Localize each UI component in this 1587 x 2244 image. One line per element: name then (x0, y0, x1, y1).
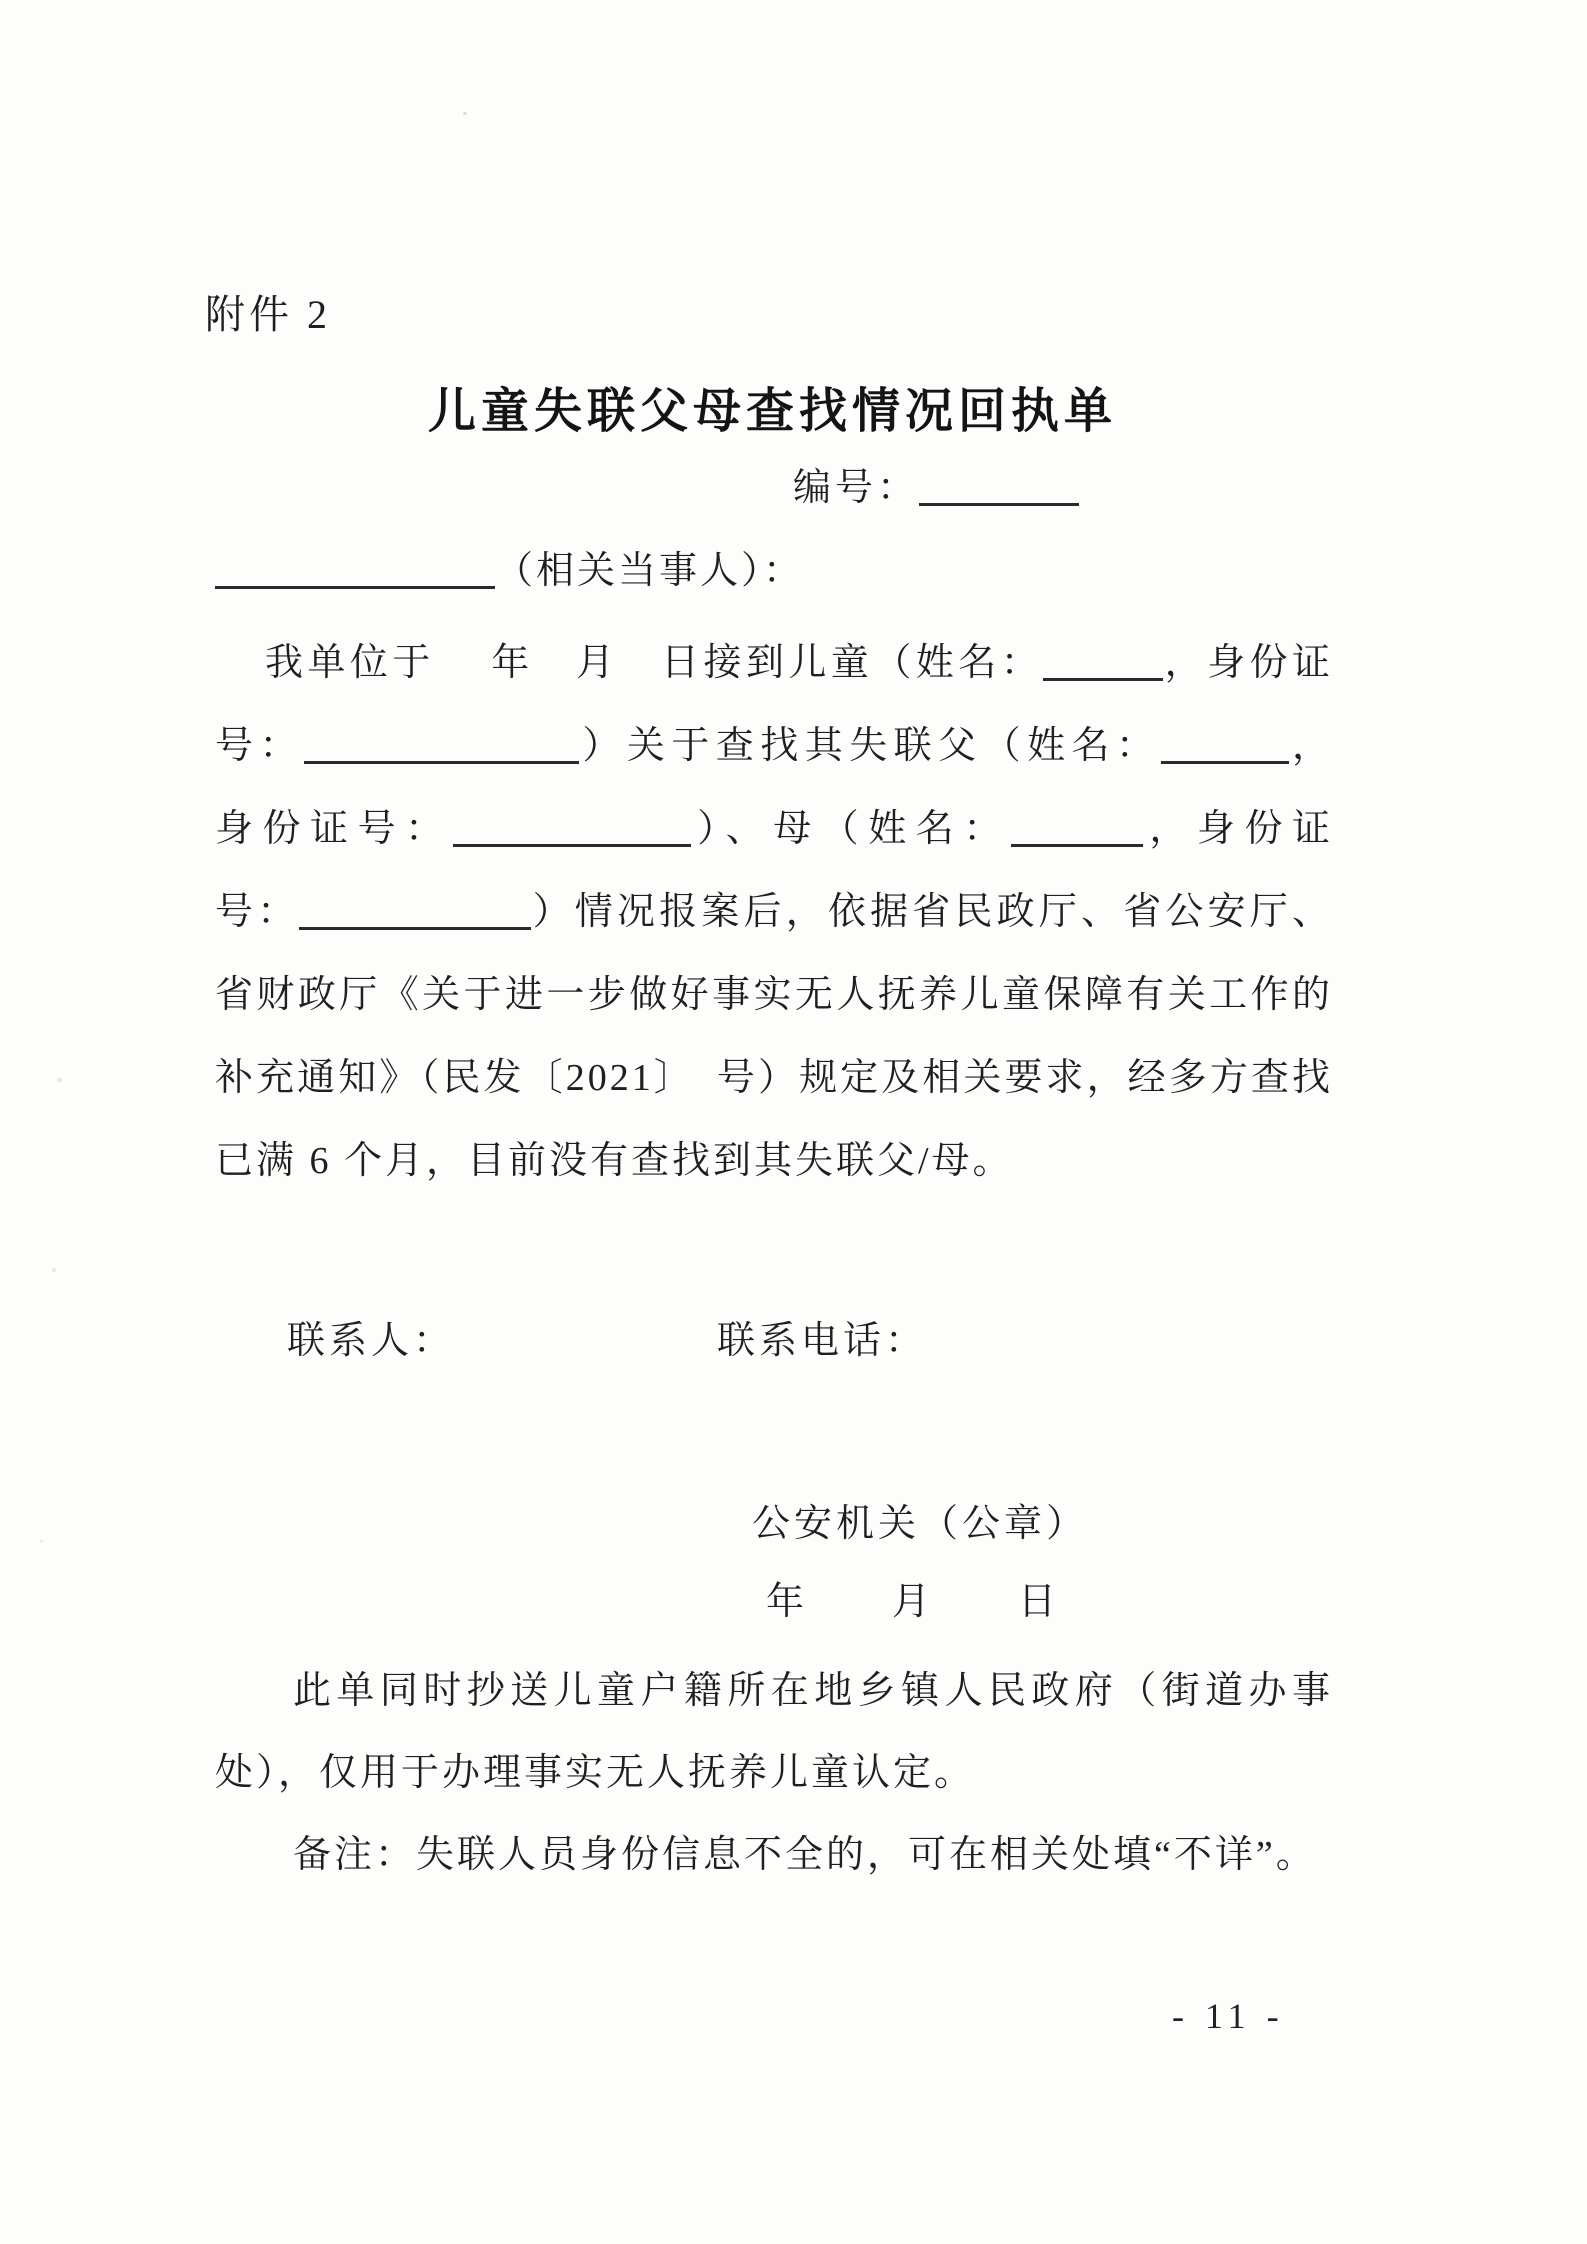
mother-id-blank-field (299, 925, 531, 930)
child-name-blank-field (1043, 676, 1163, 681)
signature-date-line: 年 月 日 (766, 1570, 1060, 1625)
page-number: - 11 - (1172, 1995, 1285, 2037)
paragraph-line-5: 省财政厅《关于进一步做好事实无人抚养儿童保障有关工作的 (215, 954, 1333, 1037)
addressee-suffix: （相关当事人）： (495, 550, 804, 592)
contact-person-label: 联系人： (287, 1300, 455, 1382)
scan-speck (52, 1268, 56, 1272)
mother-name-blank-field (1011, 842, 1143, 847)
paragraph-line-6: 补充通知》（民发〔2021〕 号）规定及相关要求，经多方查找 (215, 1037, 1333, 1120)
father-id-blank-field (453, 842, 691, 847)
contact-phone-label: 联系电话： (717, 1300, 927, 1382)
scanned-document-page: 附件 2 儿童失联父母查找情况回执单 编号： （相关当事人）： 我单位于 年 月… (0, 0, 1587, 2244)
paragraph-line-3: 身份证号：）、母（姓名：，身份证 (215, 788, 1333, 871)
footer-note2: 备注：失联人员身份信息不全的，可在相关处填“不详”。 (215, 1814, 1333, 1896)
footer-note1-line1: 此单同时抄送儿童户籍所在地乡镇人民政府（街道办事 (215, 1650, 1333, 1732)
attachment-label: 附件 2 (205, 283, 331, 340)
paragraph-line-4: 号：）情况报案后，依据省民政厅、省公安厅、 (215, 871, 1333, 954)
number-line: 编号： (215, 462, 1330, 514)
father-name-blank-field (1161, 759, 1289, 764)
paragraph-line-7: 已满 6 个月，目前没有查找到其失联父/母。 (215, 1120, 1333, 1203)
scan-speck (57, 1078, 62, 1082)
addressee-line: （相关当事人）： (215, 543, 1330, 599)
number-label: 编号： (793, 467, 919, 509)
addressee-blank-field (215, 584, 495, 589)
paragraph-line-2: 号：）关于查找其失联父（姓名：， (215, 705, 1333, 788)
document-title: 儿童失联父母查找情况回执单 (215, 372, 1330, 441)
paragraph-line-1: 我单位于 年 月 日接到儿童（姓名：，身份证 (215, 622, 1333, 705)
main-paragraph: 我单位于 年 月 日接到儿童（姓名：，身份证 号：）关于查找其失联父（姓名：， … (215, 622, 1333, 1203)
signature-authority: 公安机关（公章） (752, 1492, 1088, 1547)
footer-note1-line2: 处），仅用于办理事实无人抚养儿童认定。 (215, 1732, 1333, 1814)
contact-line: 联系人： 联系电话： (215, 1300, 1330, 1382)
number-blank-field (919, 501, 1079, 506)
scan-speck (40, 1540, 43, 1543)
footer-notes: 此单同时抄送儿童户籍所在地乡镇人民政府（街道办事 处），仅用于办理事实无人抚养儿… (215, 1650, 1333, 1896)
child-id-blank-field (304, 759, 579, 764)
scan-speck (463, 112, 467, 115)
